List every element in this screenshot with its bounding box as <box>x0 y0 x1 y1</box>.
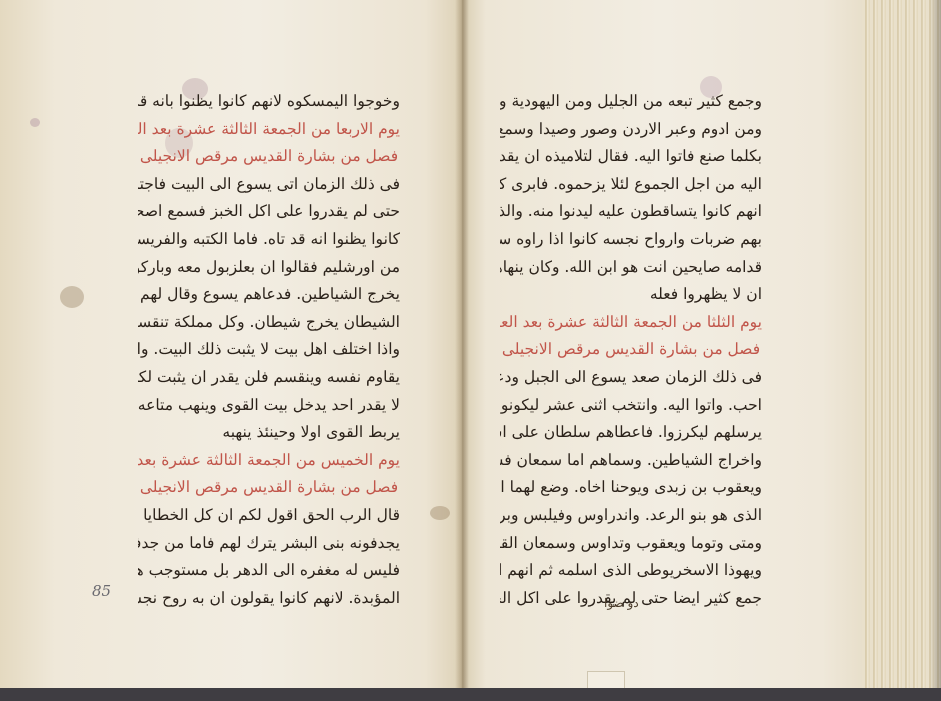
text-line: فى ذلك الزمان صعد يسوع الى الجبل ودعا ال… <box>500 364 762 392</box>
text-line: الشيطان يخرج شيطان. وكل مملكة تنقسم لا ت… <box>138 309 400 337</box>
text-line: من اورشليم فقالوا ان بعلزبول معه وباركون… <box>138 254 400 282</box>
text-line: ومتى وتوما ويعقوب وتداوس وسمعان القانانى <box>500 530 762 558</box>
text-line: اليه من اجل الجموع لئلا يزحموه. فابرى كث… <box>500 171 762 199</box>
text-line: الذى هو بنو الرعد. واندراوس وفيلبس وبرثو… <box>500 502 762 530</box>
text-line: كانوا يظنوا انه قد تاه. فاما الكتبه والف… <box>138 226 400 254</box>
text-line: المؤبدة. لانهم كانوا يقولون ان به روح نج… <box>138 585 400 613</box>
text-line: لا يقدر احد يدخل بيت القوى وينهب متاعه ا… <box>138 392 400 420</box>
rubric-heading: يوم الخميس من الجمعة الثالثة عشرة بعد ال… <box>138 447 400 475</box>
text-line: قدامه صايحين انت هو ابن الله. وكان ينهاه… <box>500 254 762 282</box>
rubric-heading: فصل من بشارة القديس مرقص الانجيلى <box>500 336 762 364</box>
text-line: واذا اختلف اهل بيت لا يثبت ذلك البيت. وا… <box>138 336 400 364</box>
ink-stain <box>30 118 40 127</box>
text-line: واخراج الشياطين. وسماهم اما سمعان فسماه … <box>500 447 762 475</box>
rubric-heading: يوم الثلثا من الجمعة الثالثة عشرة بعد ال… <box>500 309 762 337</box>
water-stain <box>430 506 450 520</box>
background-surface <box>0 688 941 701</box>
manuscript-spread: وخوجوا اليمسكوه لانهم كانوا يظنوا بانه ق… <box>0 0 941 690</box>
text-line: وخوجوا اليمسكوه لانهم كانوا يظنوا بانه ق… <box>138 88 400 116</box>
text-line: ان لا يظهروا فعله <box>500 281 762 309</box>
rubric-heading: فصل من بشارة القديس مرقص الانجيلى <box>138 474 400 502</box>
text-line: يجدفونه بنى البشر يترك لهم فاما من جدف ع… <box>138 530 400 558</box>
text-line: ويعقوب بن زبدى ويوحنا اخاه. وضع لهما اسم… <box>500 474 762 502</box>
text-line: يقاوم نفسه وينقسم فلن يقدر ان يثبت لكن ل… <box>138 364 400 392</box>
text-line: احب. واتوا اليه. وانتخب اثنى عشر ليكونوا… <box>500 392 762 420</box>
text-line: فى ذلك الزمان اتى يسوع الى البيت فاجتمع … <box>138 171 400 199</box>
fore-edge-page-stack <box>862 0 941 695</box>
catchword: دو ضوا <box>604 596 639 610</box>
text-line: ويهوذا الاسخريوطى الذى اسلمه ثم انهم اتو… <box>500 557 762 585</box>
text-line: حتى لم يقدروا على اكل الخبز فسمع اصحابه … <box>138 198 400 226</box>
text-line: قال الرب الحق اقول لكم ان كل الخطايا وال… <box>138 502 400 530</box>
text-line: ومن ادوم وعبر الاردن وصور وصيدا وسمع جمع… <box>500 116 762 144</box>
text-line: وجمع كثير تبعه من الجليل ومن اليهودية وم… <box>500 88 762 116</box>
text-line: بهم ضربات وارواح نجسه كانوا اذا راوه سقط… <box>500 226 762 254</box>
text-line: يرسلهم ليكرزوا. فاعطاهم سلطان على اشفاء … <box>500 419 762 447</box>
folio-number: 85 <box>92 582 111 600</box>
rubric-heading: فصل من بشارة القديس مرقص الانجيلى <box>138 143 400 171</box>
rubric-heading: يوم الاربعا من الجمعة الثالثة عشرة بعد ا… <box>138 116 400 144</box>
text-line: فليس له مغفره الى الدهر بل مستوجب هو للد… <box>138 557 400 585</box>
text-line: يربط القوى اولا وحينئذ ينهبه <box>138 419 400 447</box>
text-line: يخرج الشياطين. فدعاهم يسوع وقال لهم بامث… <box>138 281 400 309</box>
right-page-text: وجمع كثير تبعه من الجليل ومن اليهودية وم… <box>500 88 762 612</box>
left-page-text: وخوجوا اليمسكوه لانهم كانوا يظنوا بانه ق… <box>138 88 400 612</box>
text-line: بكلما صنع فاتوا اليه. فقال لتلاميذه ان ي… <box>500 143 762 171</box>
book-gutter <box>455 0 469 690</box>
text-line: انهم كانوا يتساقطون عليه ليدنوا منه. وال… <box>500 198 762 226</box>
water-stain <box>60 286 84 308</box>
